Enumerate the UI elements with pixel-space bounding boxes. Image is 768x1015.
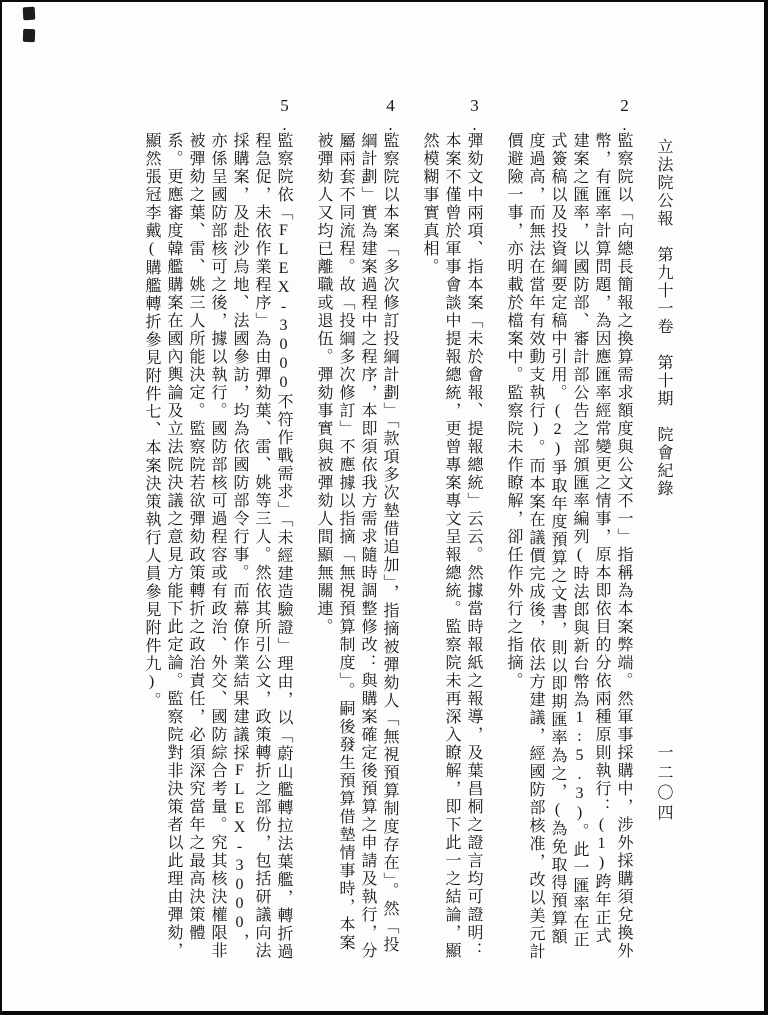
item-text-3: 彈劾文中兩項、指本案「未於會報、提報總統」云云。然據當時報紙之報導，及葉昌桐之證… (421, 132, 482, 960)
list-item-5: 5. 監察院依「FLEX-3000不符作戰需求」「未經建造驗證」理由，以「蔚山艦… (140, 132, 294, 961)
gazette-scan-page: 立法院公報 第九十一卷 第十期 院會紀錄 一二〇四 2. 監察院以「向總長簡報之… (0, 0, 768, 1015)
running-header-column: 立法院公報 第九十一卷 第十期 院會紀錄 一二〇四 (652, 132, 674, 961)
running-header-title: 立法院公報 第九十一卷 第十期 院會紀錄 (655, 138, 672, 498)
list-item-4: 4. 監察院以本案「多次修訂投綱計劃」「款項多次墊借追加」，指摘被彈劾人「無視預… (312, 132, 400, 961)
item-text-2: 監察院以「向總長簡報之換算需求額度與公文不一」指稱為本案弊端。然軍事採購中，涉外… (505, 132, 632, 961)
item-number-5: 5. (273, 96, 295, 134)
item-number-4: 4. (379, 96, 401, 134)
item-number-2: 2. (613, 96, 635, 134)
page-number: 一二〇四 (652, 744, 674, 824)
list-item-3: 3. 彈劾文中兩項、指本案「未於會報、提報總統」云云。然據當時報紙之報導，及葉昌… (418, 132, 484, 961)
item-text-5: 監察院依「FLEX-3000不符作戰需求」「未經建造驗證」理由，以「蔚山艦轉拉法… (143, 132, 292, 961)
item-text-4: 監察院以本案「多次修訂投綱計劃」「款項多次墊借追加」，指摘被彈劾人「無視預算制度… (315, 132, 398, 960)
item-number-3: 3. (463, 96, 485, 134)
binding-mark-top (23, 7, 36, 21)
vertical-text-block: 立法院公報 第九十一卷 第十期 院會紀錄 一二〇四 2. 監察院以「向總長簡報之… (122, 132, 674, 961)
binding-mark-bottom (23, 29, 35, 42)
list-item-2: 2. 監察院以「向總長簡報之換算需求額度與公文不一」指稱為本案弊端。然軍事採購中… (502, 132, 634, 961)
